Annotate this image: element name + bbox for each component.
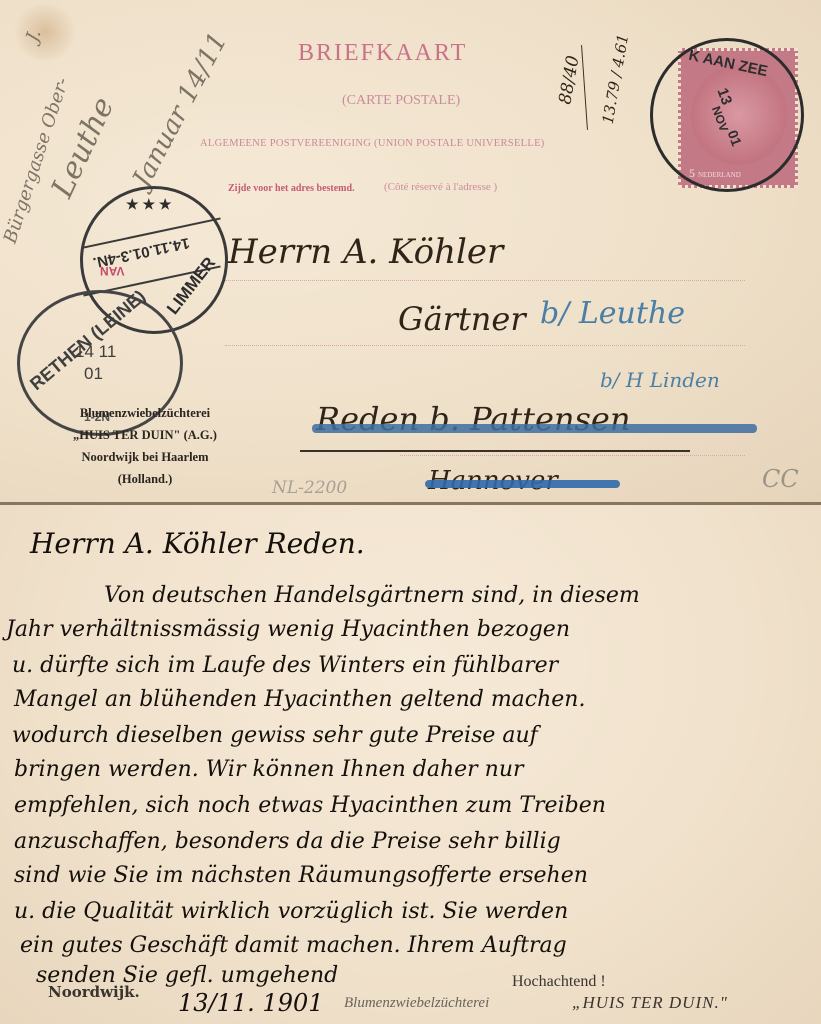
letter-line: sind wie Sie im nächsten Räumungsofferte… — [14, 863, 588, 888]
letter-line: ein gutes Geschäft damit machen. Ihrem A… — [20, 933, 567, 958]
card-title: BRIEFKAART — [298, 40, 467, 67]
address-recipient: Herrn A. Köhler — [228, 232, 503, 272]
pencil-numbers-b: 13.79 / 4.61 — [599, 33, 633, 126]
postcard-front: BRIEFKAART (CARTE POSTALE) ALGEMEENE POS… — [0, 0, 821, 503]
postcard-back: Herrn A. Köhler Reden. Von deutschen Han… — [0, 505, 821, 1024]
letter-line: bringen werden. Wir können Ihnen daher n… — [14, 757, 524, 782]
address-underline — [300, 450, 690, 452]
postmark-limmer-label: VAN — [100, 264, 124, 278]
letter-line: Mangel an blühenden Hyacinthen geltend m… — [14, 687, 585, 712]
pencil-margin-right: Januar 14/11 — [127, 28, 234, 193]
address-rule-2 — [225, 345, 745, 346]
postmark-rethen-date: 14 11 — [75, 342, 116, 362]
pencil-divider-stroke — [581, 45, 588, 130]
letter-line: u. die Qualität wirklich vorzüglich ist.… — [14, 899, 568, 924]
address-correction-2: b/ H Linden — [600, 368, 720, 392]
sender-line-1: Blumenzwiebelzüchterei — [40, 402, 250, 424]
address-occupation: Gärtner — [398, 300, 526, 338]
address-correction-1: b/ Leuthe — [540, 296, 685, 331]
letter-line: empfehlen, sich noch etwas Hyacinthen zu… — [14, 793, 606, 818]
address-rule-3 — [400, 455, 745, 456]
postmark-limmer-stars: ★ ★ ★ — [126, 196, 171, 213]
sender-line-4: (Holland.) — [40, 468, 250, 490]
pencil-numbers-a: 88/40 — [555, 54, 583, 106]
letter-line: anzuschaffen, besonders da die Preise se… — [14, 829, 561, 854]
sender-line-3: Noordwijk bei Haarlem — [40, 446, 250, 468]
letter-line: wodurch dieselben gewiss sehr gute Preis… — [12, 723, 538, 748]
address-side-label-fr: (Côté réservé à l'adresse ) — [384, 181, 497, 193]
address-rule-1 — [225, 280, 745, 281]
postal-union-text: ALGEMEENE POSTVEREENIGING (UNION POSTALE… — [200, 138, 545, 149]
pencil-initials: CC — [762, 465, 799, 493]
letter-closing: Hochachtend ! — [512, 973, 606, 991]
letter-date: 13/11. 1901 — [178, 989, 324, 1017]
letter-line: u. dürfte sich im Laufe des Winters ein … — [12, 653, 558, 678]
letter-salutation: Herrn A. Köhler Reden. — [30, 527, 365, 560]
sender-line-2: „HUIS TER DUIN" (A.G.) — [40, 424, 250, 446]
postmark-rethen-year: 01 — [84, 364, 103, 384]
letter-company: Blumenzwiebelzüchterei — [344, 995, 489, 1012]
letter-company-name: „HUIS TER DUIN." — [572, 993, 728, 1013]
address-side-label-nl: Zijde voor het adres bestemd. — [228, 183, 355, 194]
blue-strikethrough-1 — [312, 424, 757, 433]
pencil-catalog-number: NL-2200 — [272, 478, 347, 498]
letter-place: Noordwijk. — [48, 983, 140, 1001]
card-subtitle: (CARTE POSTALE) — [342, 93, 460, 109]
letter-line: Jahr verhältnissmässig wenig Hyacinthen … — [6, 617, 570, 642]
letter-line: Von deutschen Handelsgärtnern sind, in d… — [104, 583, 640, 608]
blue-strikethrough-2 — [425, 480, 620, 488]
sender-block: Blumenzwiebelzüchterei „HUIS TER DUIN" (… — [40, 402, 250, 490]
